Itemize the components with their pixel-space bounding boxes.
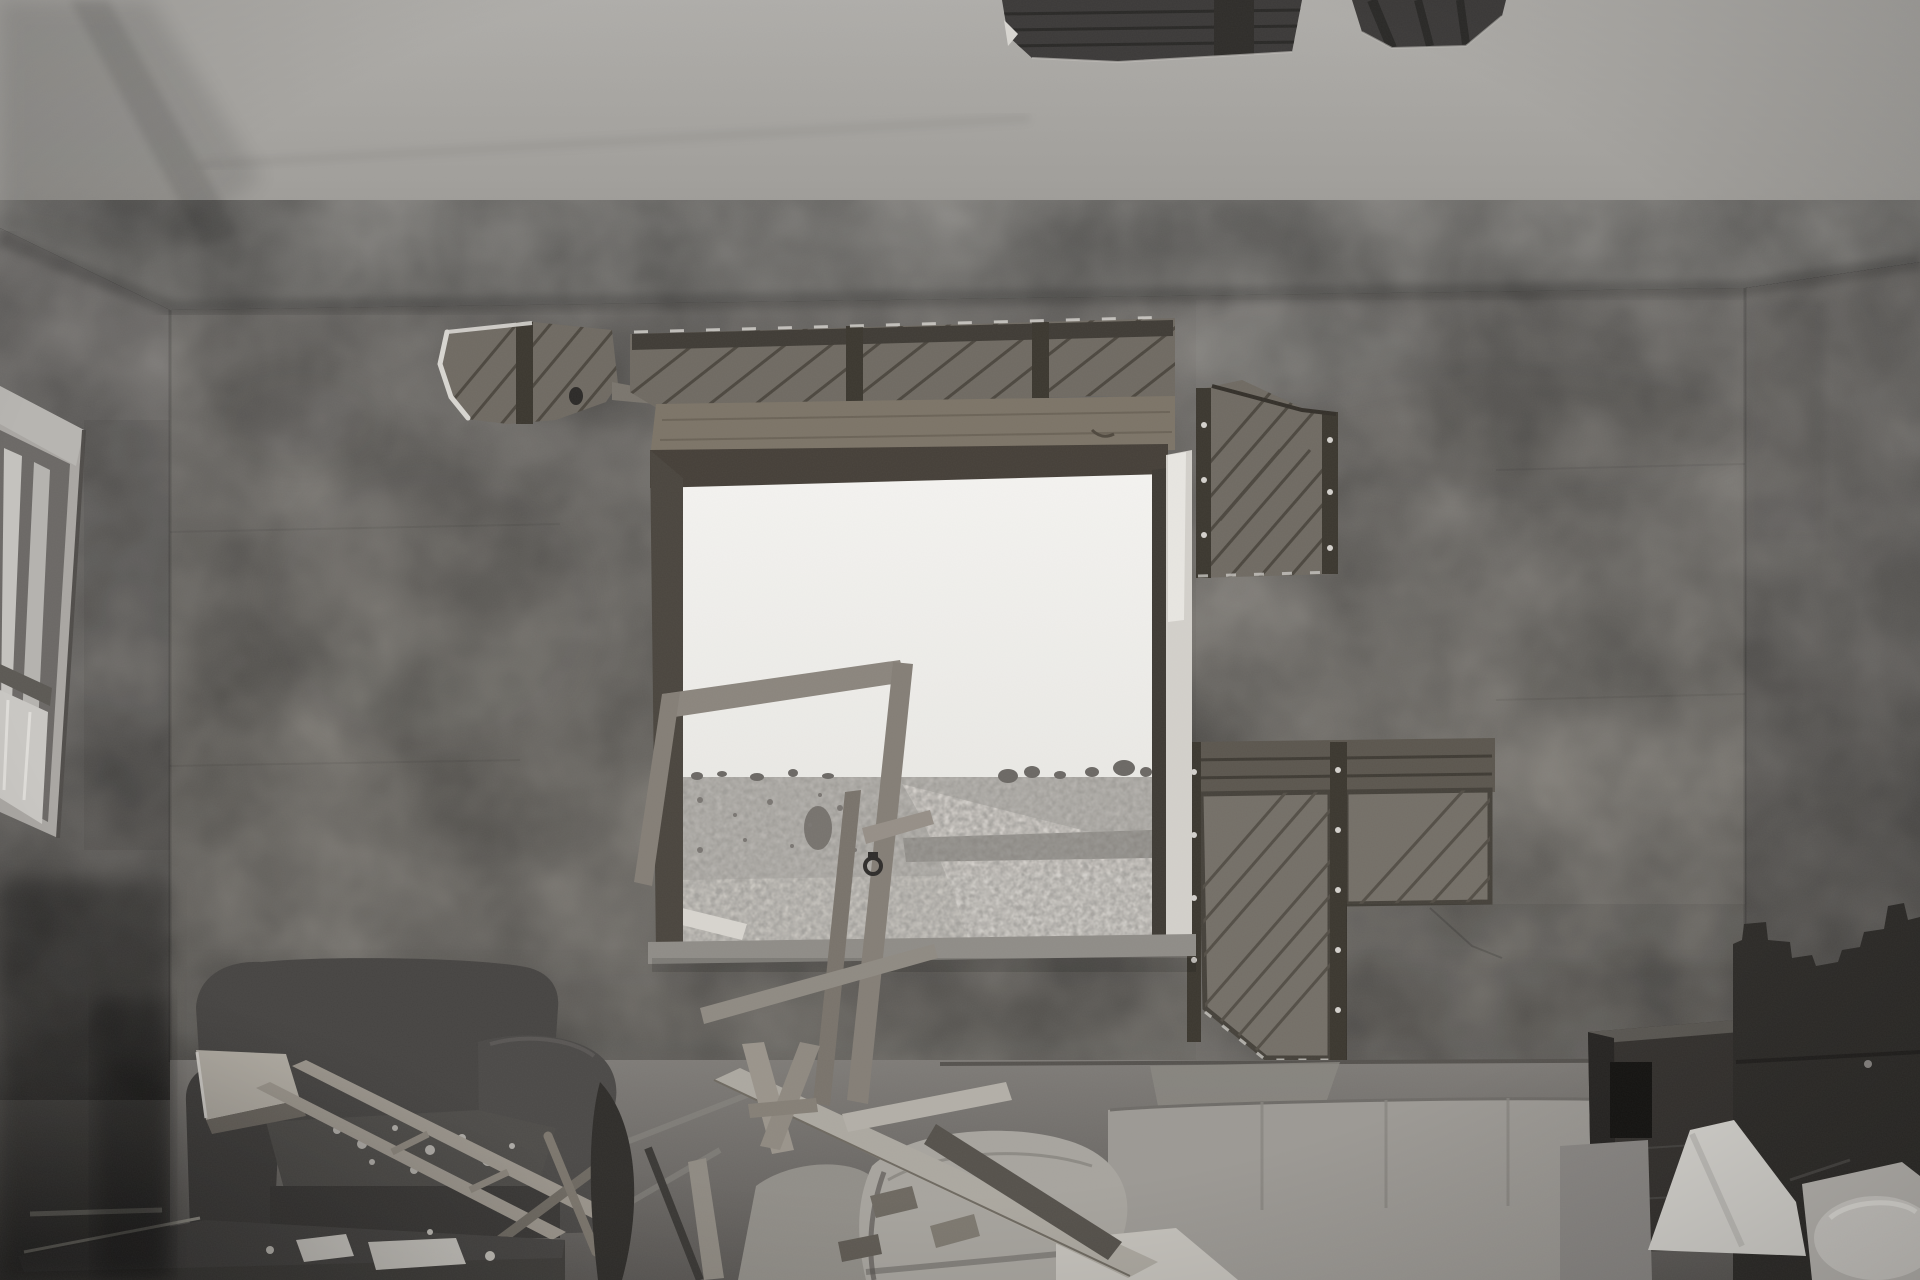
photograph <box>0 0 1920 1280</box>
film-grain <box>0 0 1920 1280</box>
